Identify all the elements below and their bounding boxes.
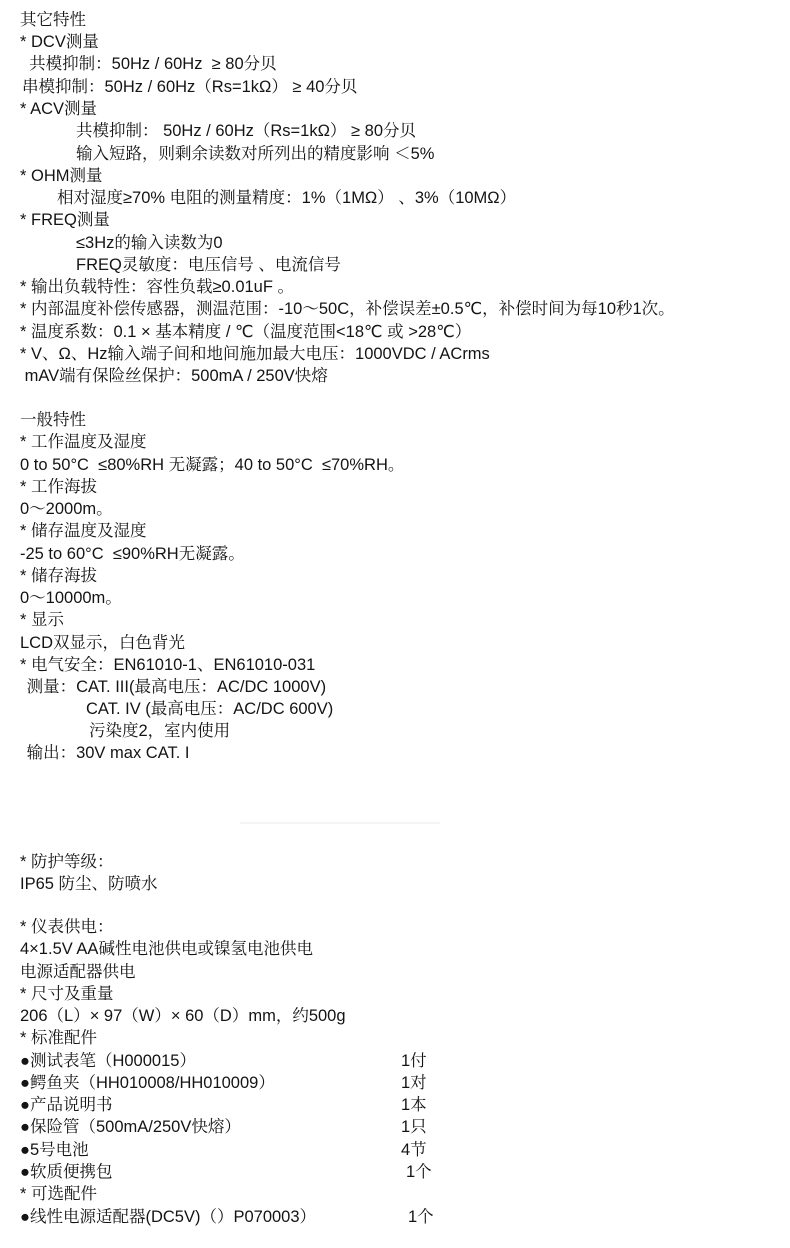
power-adapter: 电源适配器供电 — [20, 962, 136, 982]
dcv-nmr: 串模抑制：50Hz / 60Hz（Rs=1kΩ） ≥ 40分贝 — [22, 77, 357, 97]
temp-sensor: * 内部温度补偿传感器，测温范围：-10～50C，补偿误差±0.5℃，补偿时间为… — [20, 299, 675, 319]
accessory-item-name: ●鳄鱼夹（HH010008/HH010009） — [20, 1073, 275, 1093]
accessory-item-name: ●产品说明书 — [20, 1095, 112, 1115]
optional-accessory-item-qty: 1个 — [408, 1207, 434, 1227]
max-voltage: * V、Ω、Hz输入端子间和地间施加最大电压：1000VDC / ACrms — [20, 344, 490, 364]
op-alt-title: * 工作海拔 — [20, 477, 97, 497]
accessory-item-qty: 1对 — [401, 1073, 427, 1093]
freq-sensitivity: FREQ灵敏度：电压信号 、电流信号 — [76, 255, 341, 275]
optional-accessory-item-name: ●线性电源适配器(DC5V)（）P070003） — [20, 1207, 316, 1227]
section-heading-other: 其它特性 — [20, 10, 86, 30]
fuse-protection: mAV端有保险丝保护：500mA / 250V快熔 — [20, 366, 328, 386]
ohm-title: * OHM测量 — [20, 166, 103, 186]
protection-value: IP65 防尘、防喷水 — [20, 874, 158, 894]
safety-measure-cat3: 测量：CAT. III(最高电压：AC/DC 1000V) — [22, 677, 326, 697]
accessory-item-name: ●保险管（500mA/250V快熔） — [20, 1117, 241, 1137]
dimensions-title: * 尺寸及重量 — [20, 984, 114, 1004]
display-title: * 显示 — [20, 610, 64, 630]
section-heading-general: 一般特性 — [20, 410, 86, 430]
protection-title: * 防护等级： — [20, 852, 114, 872]
safety-output: 输出：30V max CAT. I — [22, 743, 189, 763]
accessory-item-name: ●软质便携包 — [20, 1162, 112, 1182]
accessory-item-qty: 1只 — [401, 1117, 427, 1137]
op-temp-value: 0 to 50°C ≤80%RH 无凝露；40 to 50°C ≤70%RH。 — [20, 455, 404, 475]
dimensions-value: 206（L）× 97（W）× 60（D）mm，约500g — [20, 1006, 346, 1026]
temp-coeff: * 温度系数：0.1 × 基本精度 / ℃（温度范围<18℃ 或 >28℃） — [20, 322, 471, 342]
op-temp-title: * 工作温度及湿度 — [20, 432, 147, 452]
power-battery: 4×1.5V AA碱性电池供电或镍氢电池供电 — [20, 939, 313, 959]
accessory-item-qty: 4节 — [401, 1140, 427, 1160]
storage-alt-value: 0～10000m。 — [20, 588, 122, 608]
accessory-item-name: ●测试表笔（H000015） — [20, 1051, 196, 1071]
op-alt-value: 0～2000m。 — [20, 499, 113, 519]
freq-title: * FREQ测量 — [20, 210, 110, 230]
power-title: * 仪表供电： — [20, 917, 114, 937]
optional-accessories-title: * 可选配件 — [20, 1184, 97, 1204]
standard-accessories-title: * 标准配件 — [20, 1028, 97, 1048]
accessory-item-qty: 1付 — [401, 1051, 427, 1071]
scan-artifact-line — [240, 822, 440, 824]
accessory-item-name: ●5号电池 — [20, 1140, 89, 1160]
safety-pollution: 污染度2，室内使用 — [89, 721, 230, 741]
ohm-humidity: 相对湿度≥70% 电阻的测量精度：1%（1MΩ） 、3%（10MΩ） — [57, 188, 516, 208]
display-value: LCD双显示，白色背光 — [20, 633, 185, 653]
storage-alt-title: * 储存海拔 — [20, 566, 97, 586]
freq-low: ≤3Hz的输入读数为0 — [76, 233, 223, 253]
storage-temp-title: * 储存温度及湿度 — [20, 521, 147, 541]
acv-title: * ACV测量 — [20, 99, 97, 119]
safety-measure-cat4: CAT. IV (最高电压：AC/DC 600V) — [86, 699, 333, 719]
accessory-item-qty: 1本 — [401, 1095, 427, 1115]
acv-cmr: 共模抑制： 50Hz / 60Hz（Rs=1kΩ） ≥ 80分贝 — [76, 121, 416, 141]
dcv-cmr: 共模抑制：50Hz / 60Hz ≥ 80分贝 — [20, 54, 277, 74]
safety-title: * 电气安全：EN61010-1、EN61010-031 — [20, 655, 315, 675]
accessory-item-qty: 1个 — [406, 1162, 432, 1182]
storage-temp-value: -25 to 60°C ≤90%RH无凝露。 — [20, 544, 245, 564]
output-load: * 输出负载特性：容性负载≥0.01uF 。 — [20, 277, 294, 297]
acv-short: 输入短路，则剩余读数对所列出的精度影响 ＜5% — [76, 144, 434, 164]
dcv-title: * DCV测量 — [20, 32, 99, 52]
